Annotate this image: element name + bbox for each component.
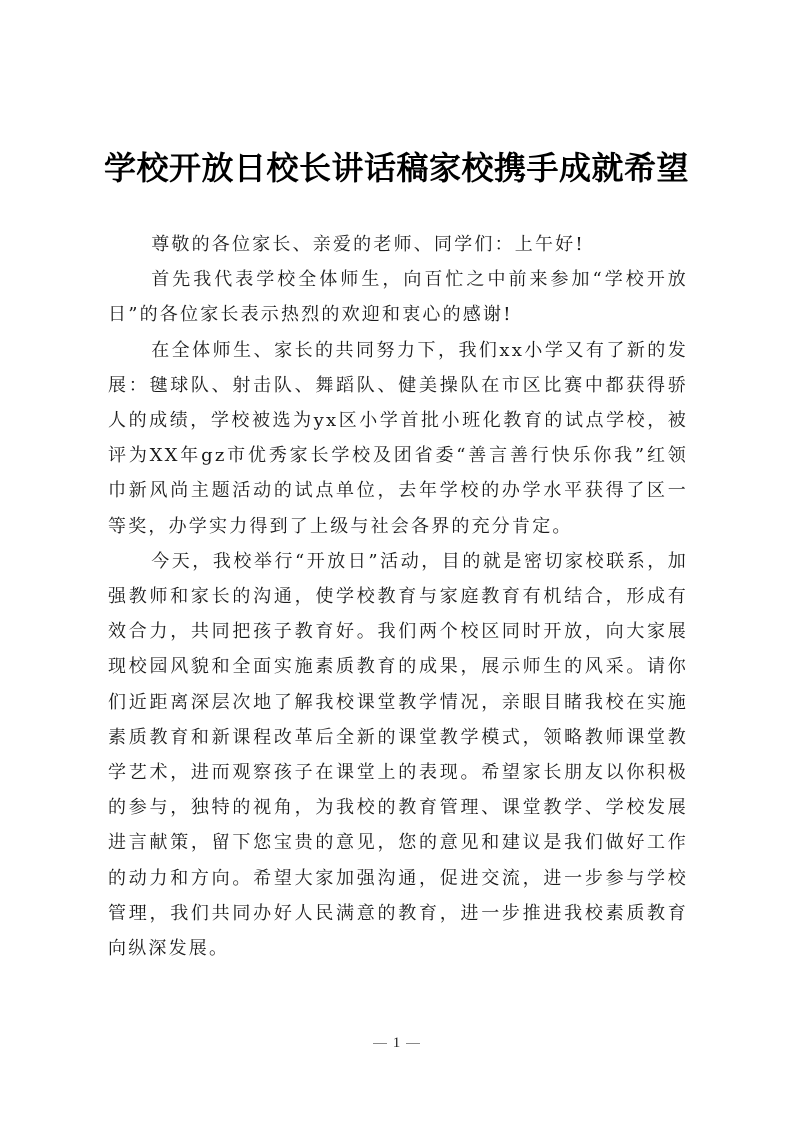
dash-left-icon [373,1043,387,1044]
document-page: 学校开放日校长讲话稿家校携手成就希望 尊敬的各位家长、亲爱的老师、同学们：上午好… [0,0,793,1122]
paragraph-greeting: 尊敬的各位家长、亲爱的老师、同学们：上午好! [108,227,688,262]
page-number: 1 [393,1035,401,1051]
paragraph-open-day-purpose: 今天，我校举行“开放日”活动，目的就是密切家校联系，加强教师和家长的沟通，使学校… [108,544,688,966]
paragraph-welcome: 首先我代表学校全体师生，向百忙之中前来参加“学校开放日”的各位家长表示热烈的欢迎… [108,262,688,332]
document-title: 学校开放日校长讲话稿家校携手成就希望 [100,146,693,190]
page-footer: 1 [0,1033,793,1053]
dash-right-icon [406,1043,420,1044]
paragraph-achievements: 在全体师生、家长的共同努力下，我们xx小学又有了新的发展：毽球队、射击队、舞蹈队… [108,333,688,544]
document-body: 尊敬的各位家长、亲爱的老师、同学们：上午好! 首先我代表学校全体师生，向百忙之中… [108,227,688,966]
